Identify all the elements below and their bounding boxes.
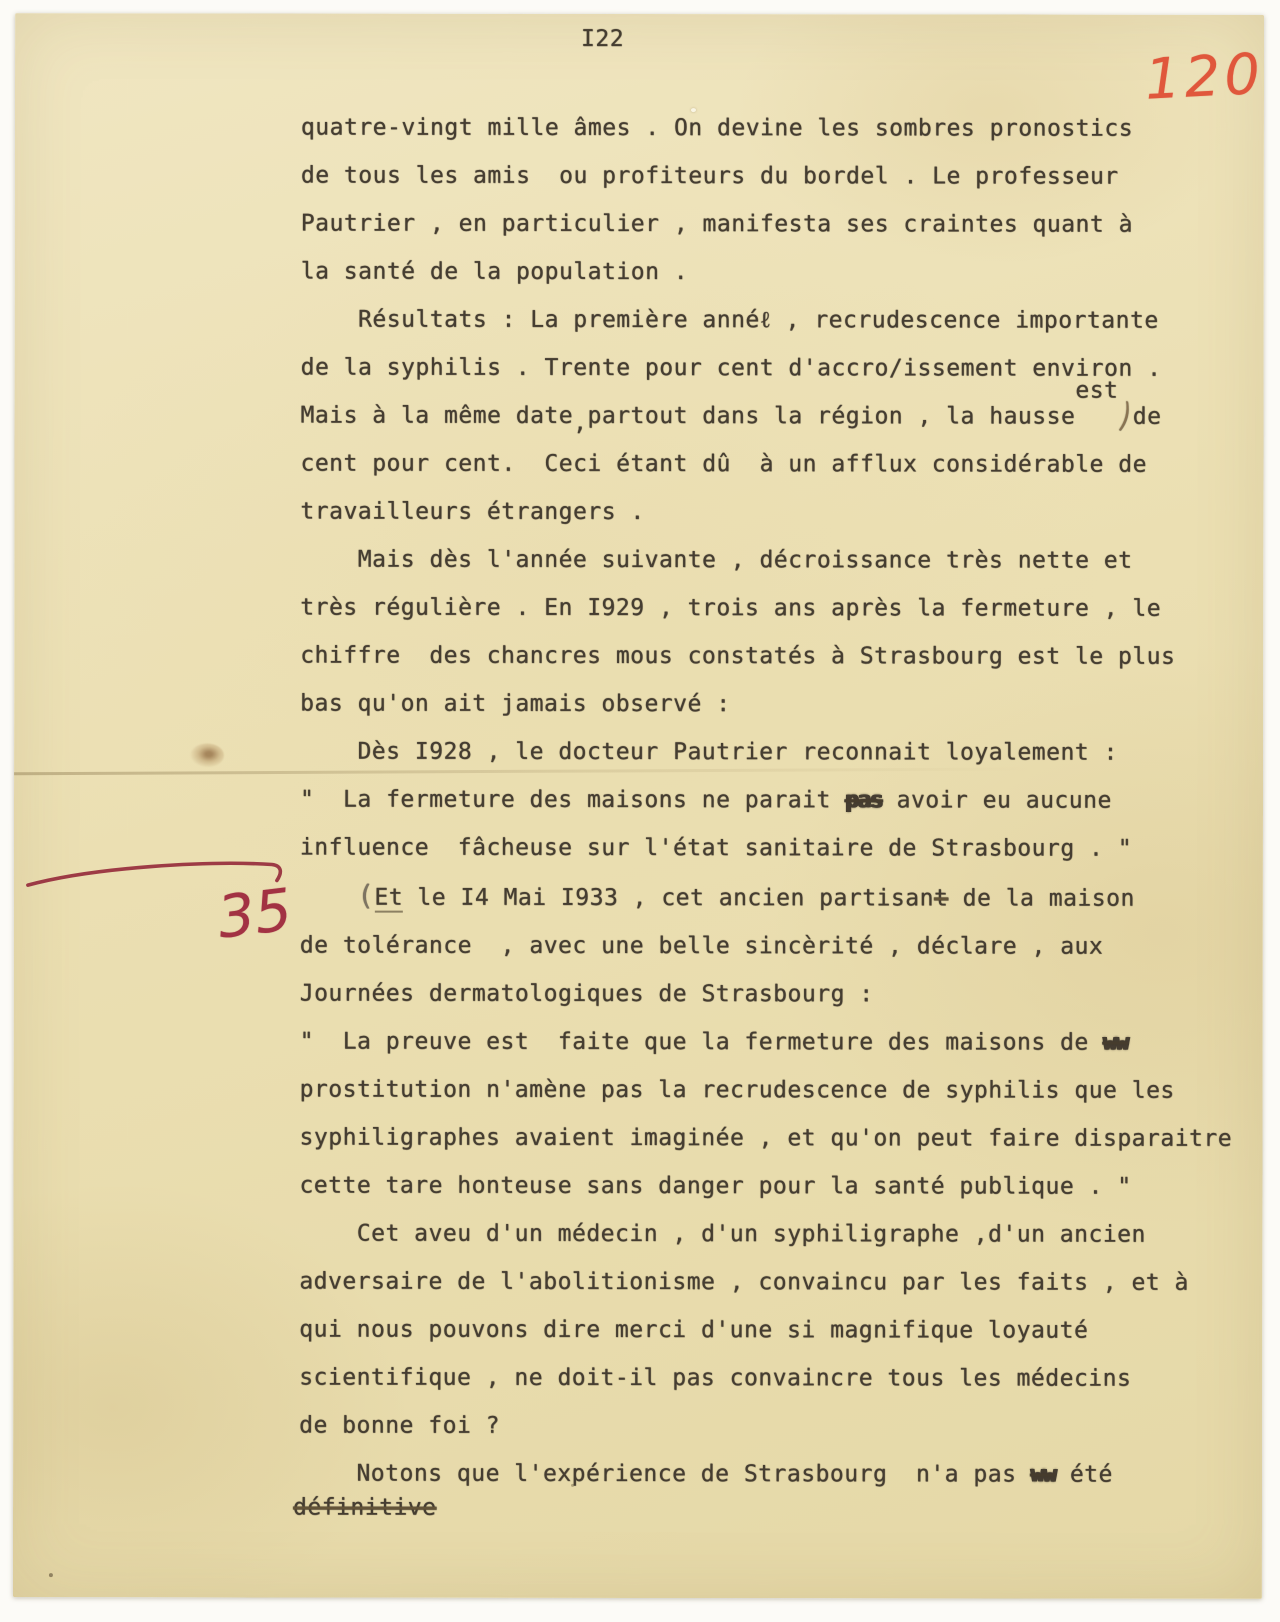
text-segment	[300, 885, 357, 911]
text-segment: cent pour cent. Ceci étant dû à un afflu…	[300, 451, 1147, 478]
text-segment: travailleurs étrangers .	[300, 499, 644, 525]
text-segment: chiffre des chancres mous constatés à St…	[300, 643, 1175, 670]
text-line: quatre-vingt mille âmes . On devine les …	[301, 104, 1234, 153]
text-segment-ins: est	[1075, 367, 1118, 415]
text-line: de bonne foi ?	[299, 1402, 1232, 1451]
text-segment-u: Et	[374, 885, 403, 913]
text-line: de tolérance , avec une belle sincèrité …	[300, 922, 1233, 971]
text-segment: de	[1133, 404, 1162, 430]
scanned-document: { "page": { "typed_page_number": "I22", …	[0, 0, 1280, 1622]
margin-annotation-35: 35	[214, 875, 295, 951]
text-line: syphiligraphes avaient imaginée , et qu'…	[300, 1114, 1233, 1163]
text-line: Pautrier , en particulier , manifesta se…	[301, 200, 1234, 249]
text-line: chiffre des chancres mous constatés à St…	[300, 632, 1233, 681]
text-segment: de la syphilis . Trente pour cent d'accr…	[301, 355, 1162, 382]
text-line: " La fermeture des maisons ne parait pas…	[300, 776, 1233, 825]
document-page: I22 120 35 quatre-vingt mille âmes . On …	[13, 13, 1264, 1599]
typed-page-number: I22	[581, 26, 624, 52]
text-segment: quatre-vingt mille âmes . On devine les …	[301, 115, 1133, 142]
text-line: " La preuve est faite que la fermeture d…	[300, 1018, 1233, 1067]
text-line: qui nous pouvons dire merci d'une si mag…	[299, 1306, 1232, 1355]
text-segment: " La fermeture des maisons ne parait	[300, 787, 845, 814]
text-segment: de tolérance , avec une belle sincèrité …	[300, 933, 1103, 960]
text-segment: Cet aveu d'un médecin , d'un syphiligrap…	[299, 1221, 1146, 1248]
text-line: Journées dermatologiques de Strasbourg :	[300, 970, 1233, 1019]
text-line: bas qu'on ait jamais observé :	[300, 680, 1233, 729]
text-line: Cet aveu d'un médecin , d'un syphiligrap…	[299, 1210, 1232, 1259]
ink-speck	[49, 1573, 53, 1577]
text-segment: syphiligraphes avaient imaginée , et qu'…	[300, 1125, 1233, 1152]
text-segment: très régulière . En I929 , trois ans apr…	[300, 595, 1161, 622]
text-segment: la santé de la population .	[301, 259, 688, 286]
text-segment-blot: ww	[1103, 1030, 1128, 1056]
text-segment: influence fâcheuse sur l'état sanitaire …	[300, 835, 1132, 862]
text-line: Mais dès l'année suivante , décroissance…	[300, 536, 1233, 585]
text-line: adversaire de l'abolitionisme , convainc…	[299, 1258, 1232, 1307]
text-segment: partout dans la région , la hausse	[587, 403, 1075, 430]
text-line: cette tare honteuse sans danger pour la …	[299, 1162, 1232, 1211]
text-line: très régulière . En I929 , trois ans apr…	[300, 584, 1233, 633]
text-segment: Mais à la même date	[301, 403, 574, 429]
text-segment: qui nous pouvons dire merci d'une si mag…	[299, 1317, 1088, 1344]
handwritten-page-number: 120	[1143, 42, 1265, 113]
text-segment: Pautrier , en particulier , manifesta se…	[301, 211, 1133, 238]
text-line: travailleurs étrangers .	[300, 488, 1233, 537]
text-segment: le I4 Mai I933 , cet ancien partisan	[403, 885, 934, 912]
text-segment: Journées dermatologiques de Strasbourg :	[300, 981, 874, 1008]
text-segment: adversaire de l'abolitionisme , convainc…	[299, 1269, 1189, 1296]
stain-spot	[190, 743, 224, 767]
text-segment: de tous les amis ou profiteurs du bordel…	[301, 163, 1119, 190]
text-segment-pencil: (	[357, 879, 374, 912]
text-segment: Dès I928 , le docteur Pautrier reconnait…	[300, 739, 1118, 766]
text-line: (Et le I4 Mai I933 , cet ancien partisan…	[300, 872, 1233, 923]
text-segment: " La preuve est faite que la fermeture d…	[300, 1029, 1103, 1056]
text-segment: Résultats : La première annéℓ , recrudes…	[301, 307, 1159, 334]
text-segment: prostitution n'amène pas la recrudescenc…	[300, 1077, 1175, 1104]
text-line: Dès I928 , le docteur Pautrier reconnait…	[300, 728, 1233, 777]
text-line: Mais à la même date,partout dans la régi…	[301, 392, 1234, 441]
text-segment-low: ,	[573, 399, 587, 447]
text-segment-strike: définitive	[293, 1495, 437, 1521]
text-segment-blot: pas	[845, 787, 882, 813]
text-line: cent pour cent. Ceci étant dû à un afflu…	[300, 440, 1233, 489]
text-segment: de la maison	[948, 885, 1135, 911]
text-line: Résultats : La première annéℓ , recrudes…	[301, 296, 1234, 345]
text-line: la santé de la population .	[301, 248, 1234, 297]
text-segment: scientifique , ne doit-il pas convaincre…	[299, 1365, 1131, 1392]
text-segment-blot: ww	[1031, 1462, 1056, 1488]
text-line: influence fâcheuse sur l'état sanitaire …	[300, 824, 1233, 873]
text-segment: bas qu'on ait jamais observé :	[300, 691, 730, 718]
text-line: prostitution n'amène pas la recrudescenc…	[300, 1066, 1233, 1115]
text-line: scientifique , ne doit-il pas convaincre…	[299, 1354, 1232, 1403]
text-segment: cette tare honteuse sans danger pour la …	[299, 1173, 1131, 1200]
text-segment-strike: t	[934, 885, 948, 911]
text-segment: été	[1055, 1462, 1112, 1488]
text-segment: avoir eu aucune	[882, 787, 1112, 813]
typed-body: quatre-vingt mille âmes . On devine les …	[299, 104, 1234, 1533]
text-segment: Mais dès l'année suivante , décroissance…	[300, 547, 1132, 574]
text-line: Notons que l'expérience de Strasbourg n'…	[299, 1450, 1232, 1499]
text-line: de tous les amis ou profiteurs du bordel…	[301, 152, 1234, 201]
text-segment: de bonne foi ?	[299, 1413, 500, 1439]
